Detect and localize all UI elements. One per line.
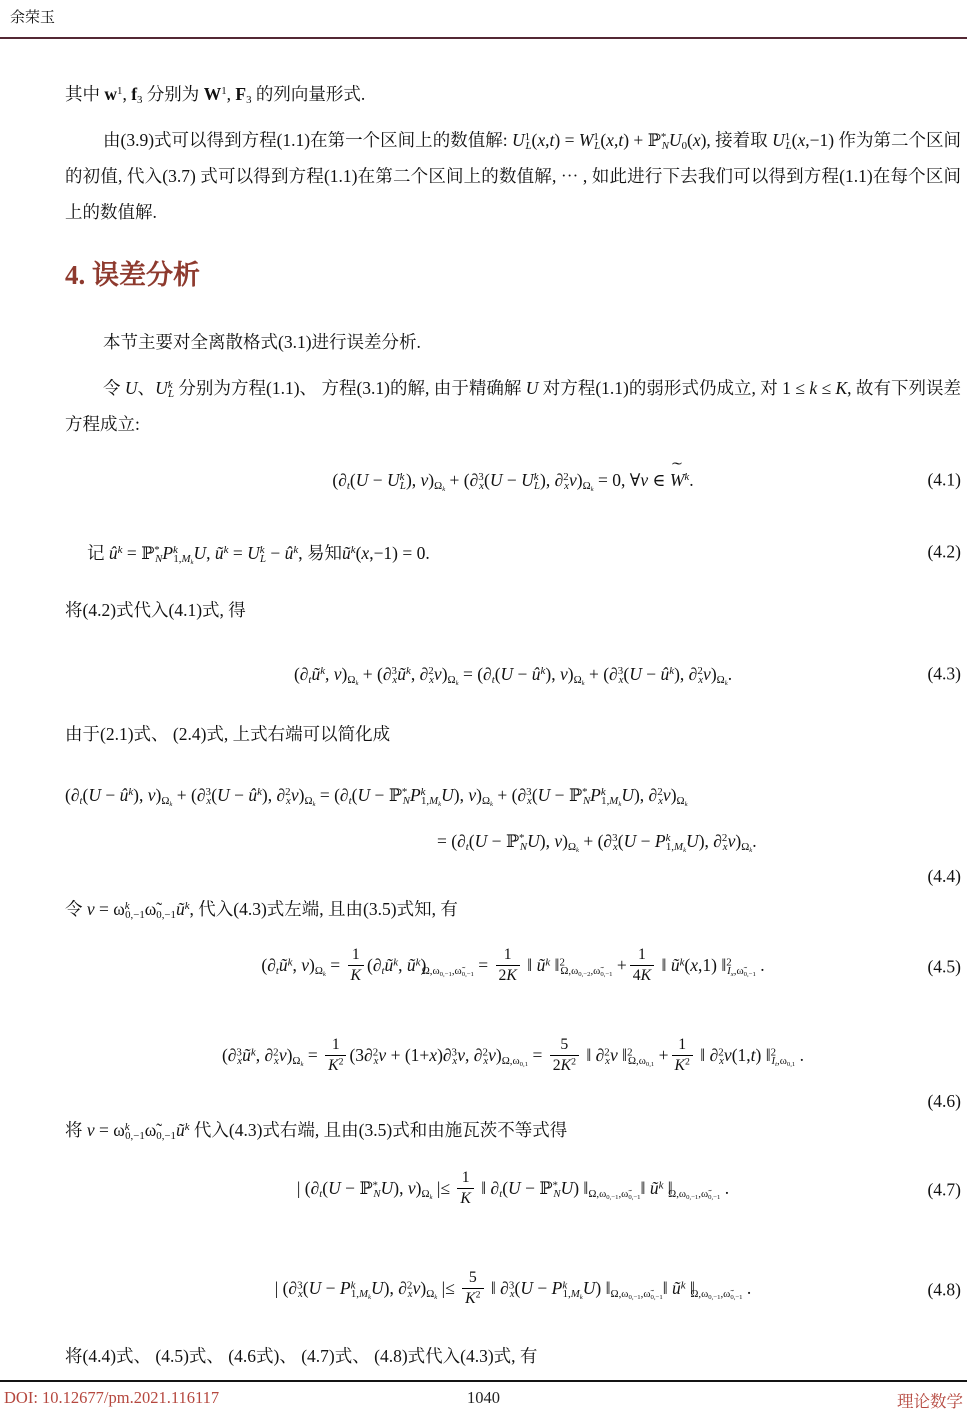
equation-4-6-row: (∂3xũk, ∂2xv)Ωk = 1K2(3∂2xv + (1+x)∂3xv,… — [65, 1025, 961, 1089]
paragraph-combine-equations: 将(4.4)式、 (4.5)式、 (4.6式)、 (4.7)式、 (4.8)式代… — [65, 1338, 961, 1374]
equation-4-1-math: (∂t(U − UkL), v)Ωk + (∂3x(U − UkL), ∂2xv… — [332, 470, 693, 491]
paragraph-error-equation-setup: 令 U、UkL 分别为方程(1.1)、 方程(3.1)的解, 由于精确解 U 对… — [65, 370, 961, 442]
equation-4-8-number: (4.8) — [927, 1280, 961, 1301]
equation-4-2-number: (4.2) — [927, 542, 961, 563]
equation-4-7-number: (4.7) — [927, 1180, 961, 1201]
footer: DOI: 10.12677/pm.2021.116117 1040 理论数学 — [4, 1388, 963, 1412]
equation-4-2-math: 记 ûk = ℙ*NPk1,MkU, ũk = UkL − ûk, 易知ũk(x… — [87, 540, 430, 565]
equation-4-8: | (∂3x(U − Pk1,MkU), ∂2xv)Ωk |≤ 5K2 ‖ ∂3… — [65, 1258, 961, 1322]
equation-4-3-math: (∂tũk, v)Ωk + (∂3xũk, ∂2xv)Ωk = (∂t(U − … — [294, 664, 732, 685]
journal-name: 理论数学 — [897, 1388, 963, 1412]
equation-4-4-number: (4.4) — [65, 866, 961, 887]
page-body: 其中 w1, f3 分别为 W1, F3 的列向量形式. 由(3.9)式可以得到… — [65, 58, 961, 1374]
equation-4-2: 记 ûk = ℙ*NPk1,MkU, ũk = UkL − ûk, 易知ũk(x… — [65, 530, 961, 574]
equation-4-4-line2: = (∂t(U − ℙ*NU), v)Ωk + (∂3x(U − Pk1,MkU… — [437, 818, 961, 864]
equation-4-5-math: (∂tũk, v)Ωk = 1K(∂tũk, ũk)Ω,ω0,−1,ω̃0,−1… — [261, 947, 764, 987]
paragraph-let-v-left: 令 v = ωk0,−1ω̃0,−1ũk, 代入(4.3)式左端, 且由(3.5… — [65, 891, 961, 927]
equation-4-8-math: | (∂3x(U − Pk1,MkU), ∂2xv)Ωk |≤ 5K2 ‖ ∂3… — [275, 1270, 752, 1310]
footer-rule — [0, 1380, 967, 1382]
equation-4-6-math: (∂3xũk, ∂2xv)Ωk = 1K2(3∂2xv + (1+x)∂3xv,… — [222, 1037, 804, 1077]
paragraph-simplify-rhs: 由于(2.1)式、 (2.4)式, 上式右端可以简化成 — [65, 716, 961, 752]
paragraph-section-intro: 本节主要对全离散格式(3.1)进行误差分析. — [65, 324, 961, 360]
equation-4-7: | (∂t(U − ℙ*NU), v)Ωk |≤ 1K ‖ ∂t(U − ℙ*N… — [65, 1158, 961, 1222]
equation-4-4: (∂t(U − ûk), v)Ωk + (∂3x(U − ûk), ∂2xv)Ω… — [65, 772, 961, 887]
equation-4-3: (∂tũk, v)Ωk + (∂3xũk, ∂2xv)Ωk = (∂t(U − … — [65, 652, 961, 696]
page-number: 1040 — [467, 1388, 500, 1408]
paragraph-let-v-right: 将 v = ωk0,−1ω̃0,−1ũk 代入(4.3)式右端, 且由(3.5)… — [65, 1112, 961, 1148]
equation-4-5: (∂tũk, v)Ωk = 1K(∂tũk, ũk)Ω,ω0,−1,ω̃0,−1… — [65, 935, 961, 999]
equation-4-5-number: (4.5) — [927, 957, 961, 978]
equation-4-6-number: (4.6) — [65, 1091, 961, 1112]
equation-4-6: (∂3xũk, ∂2xv)Ωk = 1K2(3∂2xv + (1+x)∂3xv,… — [65, 1025, 961, 1112]
equation-4-7-math: | (∂t(U − ℙ*NU), v)Ωk |≤ 1K ‖ ∂t(U − ℙ*N… — [297, 1170, 729, 1210]
equation-4-4-line1: (∂t(U − ûk), v)Ωk + (∂3x(U − ûk), ∂2xv)Ω… — [65, 772, 961, 818]
section-heading: 4. 误差分析 — [65, 254, 961, 296]
equation-4-1: (∂t(U − UkL), v)Ωk + (∂3x(U − UkL), ∂2xv… — [65, 458, 961, 502]
paragraph-numerical-solution: 由(3.9)式可以得到方程(1.1)在第一个区间上的数值解: U1L(x,t) … — [65, 122, 961, 230]
author-name: 余荣玉 — [10, 6, 55, 27]
equation-4-1-number: (4.1) — [927, 470, 961, 491]
paragraph-substitute-42: 将(4.2)式代入(4.1)式, 得 — [65, 592, 961, 628]
header-rule — [0, 37, 967, 39]
equation-4-3-number: (4.3) — [927, 664, 961, 685]
doi-text: DOI: 10.12677/pm.2021.116117 — [4, 1388, 219, 1412]
paragraph-column-vector-note: 其中 w1, f3 分别为 W1, F3 的列向量形式. — [65, 76, 961, 112]
